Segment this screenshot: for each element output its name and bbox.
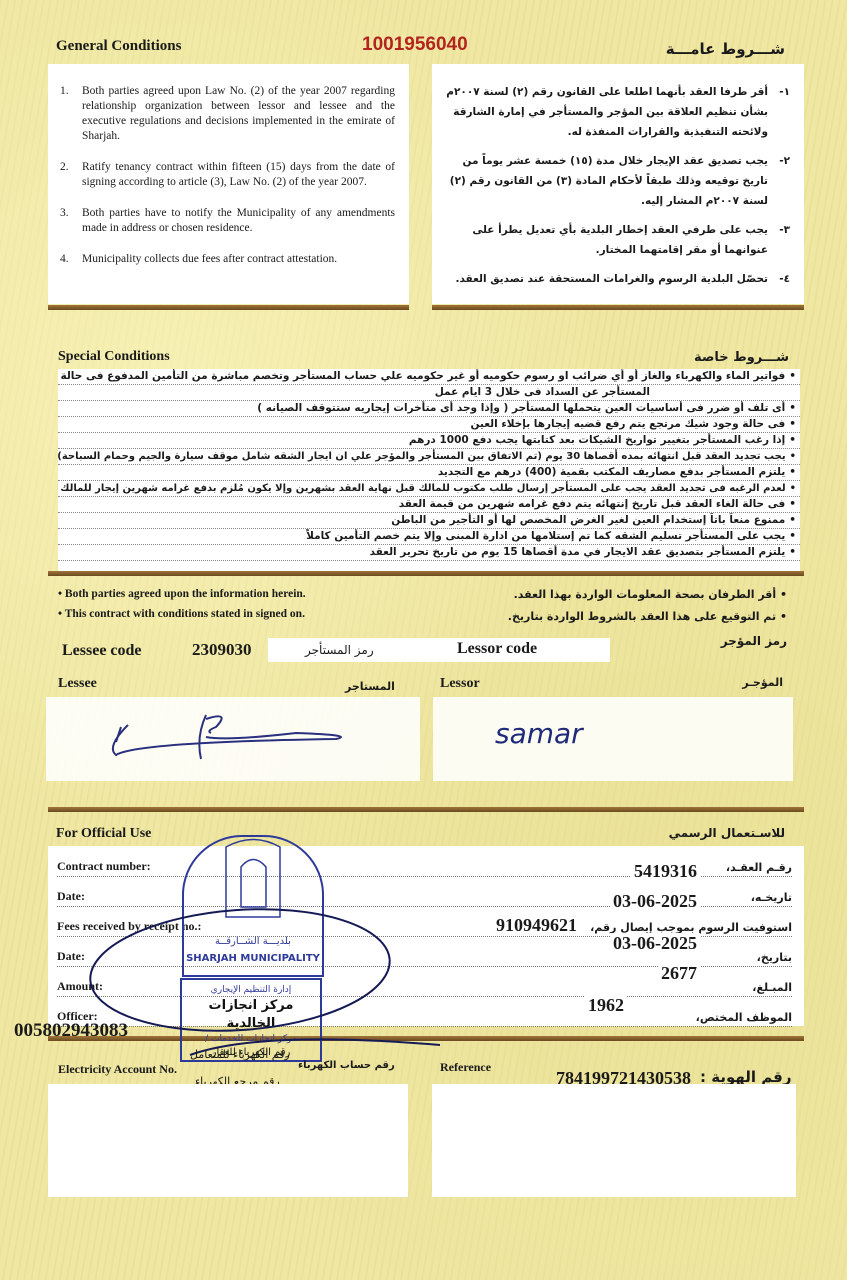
condition-item: ٣-يجب على طرفي العقد إخطار البلدية بأي ت… xyxy=(446,220,790,260)
serial-number: 1001956040 xyxy=(362,34,468,56)
special-condition-line: •إذا رغب المستأجر بتغيير تواريخ الشيكات … xyxy=(58,433,800,449)
lessor-label: Lessor xyxy=(440,676,480,692)
receipt-number-value: 910949621 xyxy=(493,915,580,936)
condition-item: 1.Both parties agreed upon Law No. (2) o… xyxy=(60,84,395,144)
handwritten-note-ar: رقم الكهرباء للمتعامل xyxy=(190,1048,290,1061)
special-condition-line: •فى حالة الغاء العقد قبل تاريخ إنتهائه ي… xyxy=(58,497,800,513)
condition-item: ١-أقر طرفا العقد بأنهما اطلعا على القانو… xyxy=(446,82,790,142)
special-conditions-title-ar: شـــروط خاصة xyxy=(694,350,789,365)
general-conditions-en-box: 1.Both parties agreed upon Law No. (2) o… xyxy=(48,64,409,304)
lessee-code-label: Lessee code xyxy=(62,642,142,660)
contract-date-value: 03-06-2025 xyxy=(610,891,700,912)
agreement-note-en: • This contract with conditions stated i… xyxy=(58,608,305,620)
special-condition-line: •يجب على المستأجر تسليم الشقه كما تم إست… xyxy=(58,529,800,545)
electricity-account-box[interactable] xyxy=(48,1084,408,1197)
reference-label: Reference xyxy=(440,1060,491,1075)
condition-item: 3.Both parties have to notify the Munici… xyxy=(60,206,395,236)
lessee-label: Lessee xyxy=(58,676,97,692)
special-condition-line: •يلتزم المستأجر بدفع مصاريف المكتب بقمية… xyxy=(58,465,800,481)
general-conditions-en-list: 1.Both parties agreed upon Law No. (2) o… xyxy=(48,64,409,267)
officer-value: 1962 xyxy=(585,995,627,1016)
agreement-note-ar: • تم التوقيع على هذا العقد بالشروط الوار… xyxy=(508,610,787,623)
divider xyxy=(48,571,804,576)
official-use-title-ar: للاسـتعمال الرسمي xyxy=(669,826,785,840)
contract-number-row: Contract number: 5419316 رقـم العقـد، xyxy=(57,854,792,877)
special-condition-line: المستأجر عن السداد فى خلال 3 ايام عمل xyxy=(58,385,800,401)
special-conditions-box: •فواتير الماء والكهرباء والغاز أو أي ضرا… xyxy=(58,369,800,571)
lessor-code-label: Lessor code xyxy=(457,640,537,658)
special-condition-line: •فواتير الماء والكهرباء والغاز أو أي ضرا… xyxy=(58,369,800,385)
reference-box[interactable] xyxy=(432,1084,796,1197)
special-condition-line: •أى تلف أو ضرر فى أساسيات العين يتحملها … xyxy=(58,401,800,417)
lessee-code-value: 2309030 xyxy=(192,640,252,660)
condition-item: ٢-يجب تصديق عقد الإيجار خلال مدة (١٥) خم… xyxy=(446,151,790,211)
condition-item: 2.Ratify tenancy contract within fifteen… xyxy=(60,160,395,190)
condition-item: 4.Municipality collects due fees after c… xyxy=(60,252,395,267)
lessor-signature-box[interactable]: Samar xyxy=(433,697,793,781)
divider xyxy=(48,305,409,310)
general-conditions-ar-list: ١-أقر طرفا العقد بأنهما اطلعا على القانو… xyxy=(432,64,804,289)
electricity-account-label-ar: رقم حساب الكهرباء xyxy=(298,1060,395,1071)
official-use-title: For Official Use xyxy=(56,826,151,842)
ink-ellipse-icon xyxy=(60,900,460,1070)
lessee-signature-box[interactable] xyxy=(46,697,420,781)
special-condition-line: •يلتزم المستأجر بتصديق عقد الايجار في مد… xyxy=(58,545,800,561)
special-condition-line: •لعدم الرغبه فى تجديد العقد يجب على المس… xyxy=(58,481,800,497)
divider xyxy=(432,305,804,310)
special-condition-line: •يجب تجديد العقد قبل انتهائه بمده أقصاها… xyxy=(58,449,800,465)
special-conditions-title: Special Conditions xyxy=(58,349,170,365)
general-conditions-title: General Conditions xyxy=(56,38,181,55)
electricity-account-label: Electricity Account No. xyxy=(58,1062,177,1077)
fee-date-value: 03-06-2025 xyxy=(610,933,700,954)
general-conditions-ar-box: ١-أقر طرفا العقد بأنهما اطلعا على القانو… xyxy=(432,64,804,304)
agreement-note-ar: • أقر الطرفان بصحة المعلومات الواردة بهذ… xyxy=(514,588,787,601)
amount-value: 2677 xyxy=(658,963,700,984)
general-conditions-title-ar: شـــروط عامـــة xyxy=(666,40,785,58)
lessee-signature-icon xyxy=(46,697,420,781)
lessee-code-label-ar: رمز المستأجر xyxy=(305,643,374,657)
special-condition-line: •فى حالة وجود شيك مرتجع يتم رفع قضيه إيج… xyxy=(58,417,800,433)
condition-item: ٤-تحصّل البلدية الرسوم والغرامات المستحق… xyxy=(446,269,790,289)
special-condition-line: •ممنوع منعاً باتاً إستخدام العين لغير ال… xyxy=(58,513,800,529)
lessor-code-label-ar: رمز المؤجر xyxy=(721,634,787,648)
agreement-note-en: • Both parties agreed upon the informati… xyxy=(58,588,306,600)
lessee-label-ar: المستاجر xyxy=(345,680,395,693)
lessor-signature: Samar xyxy=(495,717,583,750)
divider xyxy=(48,807,804,812)
lessor-label-ar: المؤجـر xyxy=(742,676,783,689)
contract-number-value: 5419316 xyxy=(631,861,700,882)
